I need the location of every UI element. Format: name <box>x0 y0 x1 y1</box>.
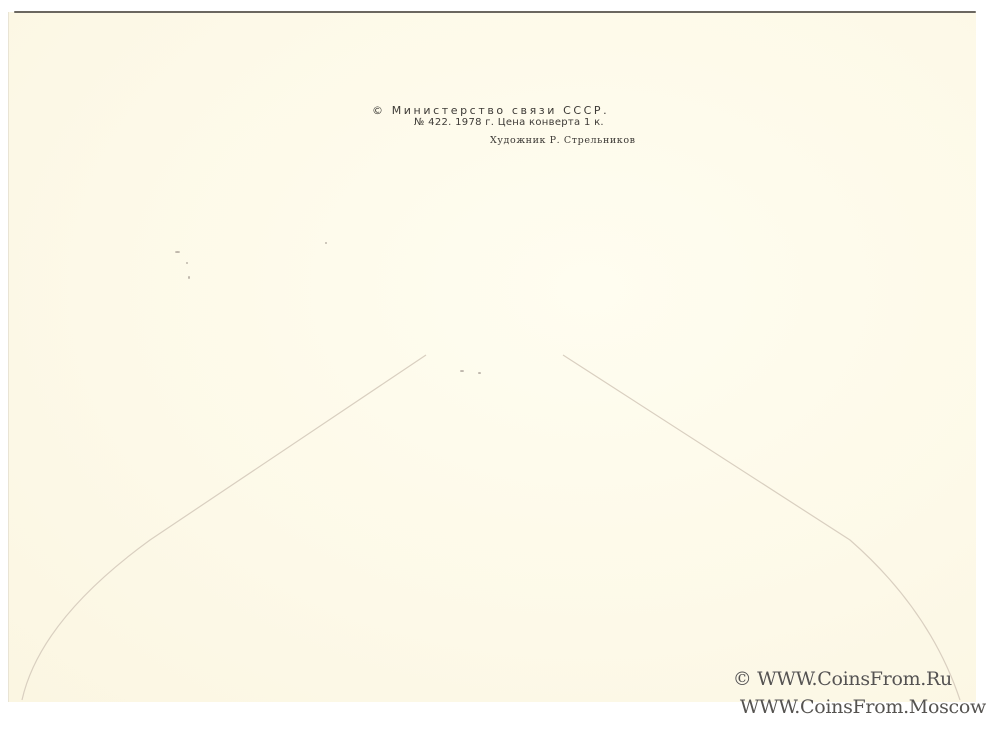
watermark-moscow: WWW.CoinsFrom.Moscow <box>740 696 986 718</box>
envelope-top-edge <box>14 11 976 13</box>
watermark-ru: © WWW.CoinsFrom.Ru <box>733 668 952 690</box>
imprint-artist: Художник Р. Стрельников <box>490 135 636 146</box>
imprint-ministry: © Министерство связи СССР. <box>372 104 609 117</box>
imprint-catalog-price: № 422. 1978 г. Цена конверта 1 к. <box>414 117 604 128</box>
